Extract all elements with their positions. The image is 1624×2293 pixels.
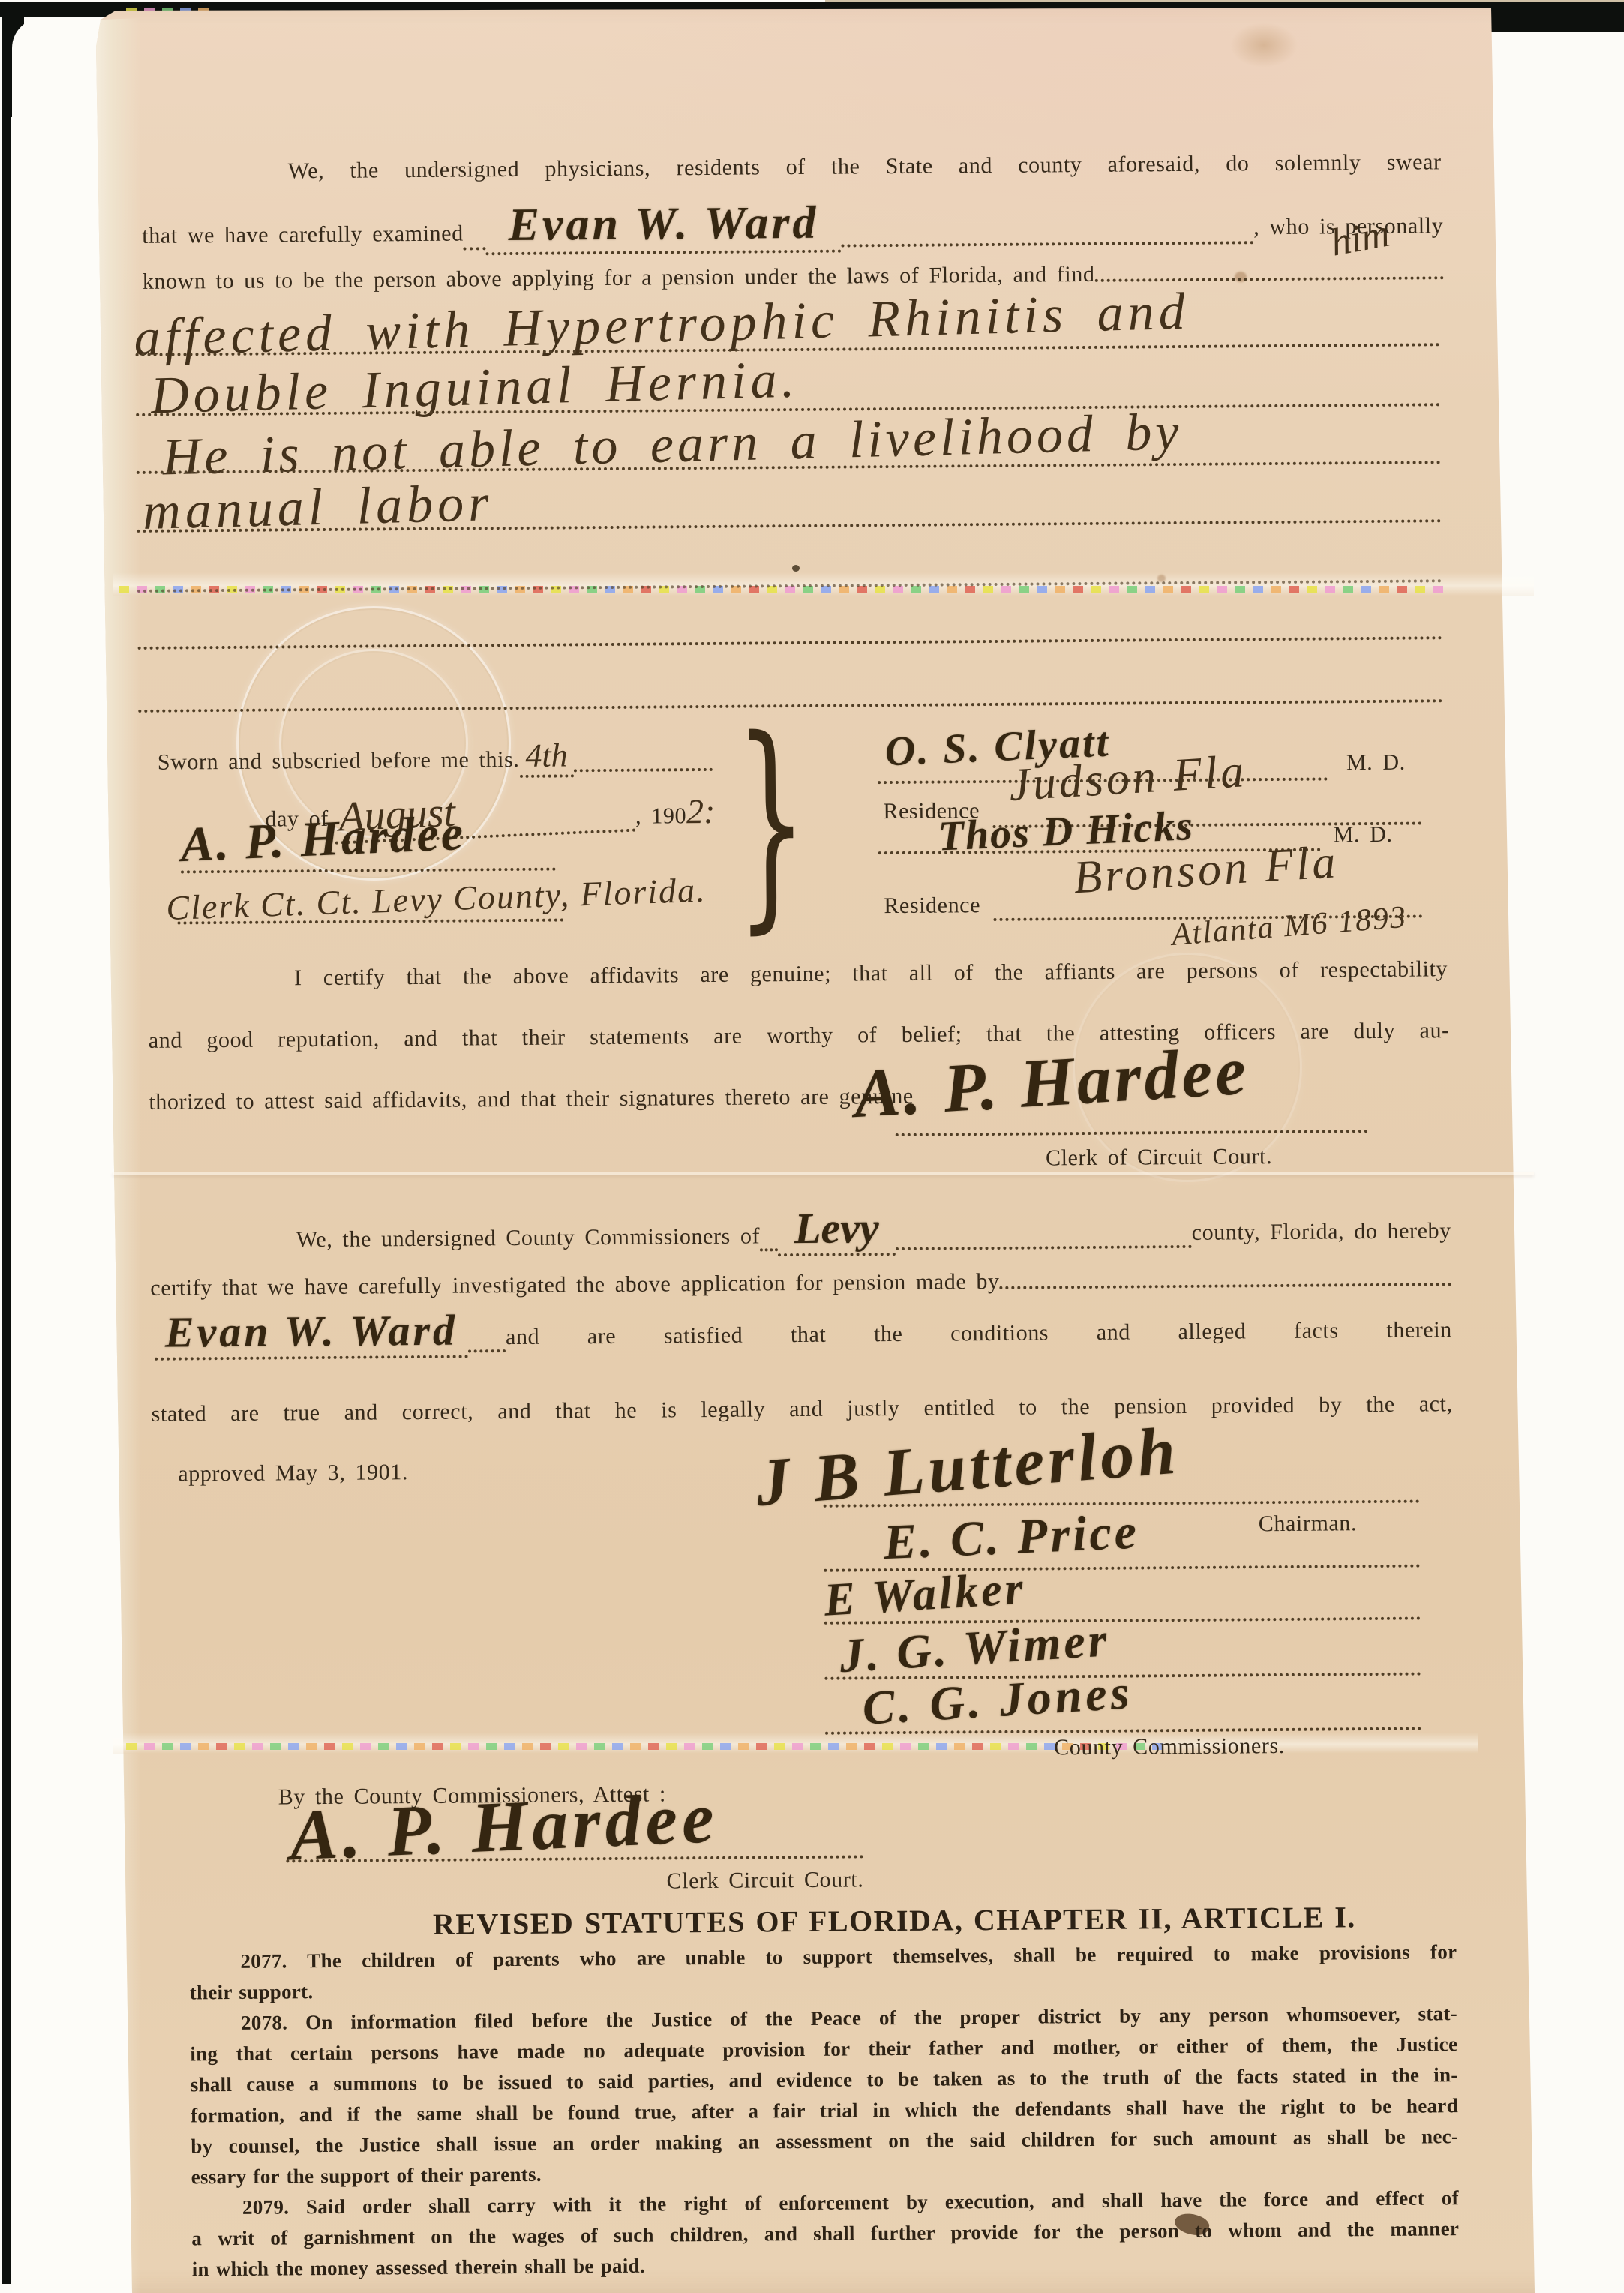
county-name-handwritten: Levy	[778, 1202, 896, 1256]
jurat-day-number: 4th	[519, 736, 574, 778]
scanned-pension-document: We, the undersigned physicians, resident…	[0, 0, 1624, 2293]
certification-line-2: and good reputation, and that their stat…	[149, 1018, 1450, 1054]
finding-him-handwritten: him	[1328, 212, 1393, 266]
commissioners-line-1-pre: We, the undersigned County Commissioners…	[296, 1223, 761, 1253]
dotted-leader	[760, 1248, 778, 1251]
affidavit-line-2: that we have carefully examined Evan W. …	[142, 191, 1444, 258]
applicant-name-handwritten: Evan W. Ward	[485, 197, 841, 256]
statute-2077-line-1: 2077. The children of parents who are un…	[189, 1940, 1457, 1973]
statute-2077-line-2: their support.	[190, 1980, 314, 2004]
dotted-leader	[842, 241, 1254, 247]
dotted-leader	[468, 1349, 506, 1352]
writing-rule-5	[137, 579, 1442, 593]
commissioners-line-1: We, the undersigned County Commissioners…	[296, 1198, 1452, 1260]
jurat-sworn-pre: Sworn and subscried before me this.	[158, 747, 520, 776]
commissioners-line-3: Evan W. Ward and are satisfied that the …	[155, 1297, 1453, 1361]
statute-2079-line-1: 2079. Said order shall carry with it the…	[191, 2186, 1459, 2219]
residence-note-handwritten: Atlanta M6 1893	[1170, 899, 1408, 953]
document-content: We, the undersigned physicians, resident…	[0, 0, 1624, 2293]
brace-glyph: }	[734, 717, 808, 928]
statute-2079-line-3: in which the money assessed therein shal…	[192, 2255, 646, 2282]
affidavit-line-2-pre: that we have carefully examined	[142, 221, 464, 249]
jurat-sworn-line: Sworn and subscried before me this. 4th	[158, 735, 713, 781]
attest-title: Clerk Circuit Court.	[666, 1867, 863, 1894]
dotted-leader	[1095, 276, 1444, 282]
dotted-leader	[1000, 1283, 1452, 1289]
dotted-leader	[574, 768, 713, 772]
commissioners-line-4: stated are true and correct, and that he…	[152, 1391, 1453, 1427]
commissioner-signature-2: E Walker	[823, 1562, 1028, 1628]
statute-2078-line-1: 2078. On information filed before the Ju…	[190, 2002, 1457, 2035]
jurat-clerk-signature: A. P. Hardee	[179, 805, 466, 874]
certification-signer-title: Clerk of Circuit Court.	[1046, 1144, 1272, 1171]
commissioners-line-3-post: and are satisfied that the conditions an…	[506, 1317, 1452, 1350]
affidavit-line-1: We, the undersigned physicians, resident…	[288, 149, 1442, 184]
commissioners-line-5: approved May 3, 1901.	[178, 1460, 408, 1487]
statute-2078-line-3: shall cause a summons to be issued to sa…	[191, 2063, 1458, 2096]
dotted-leader	[464, 247, 486, 250]
commissioners-line-2-text: certify that we have carefully investiga…	[150, 1269, 1000, 1301]
jurat-year-handwritten: 2:	[686, 791, 716, 831]
physician-degree-2: M. D.	[1334, 822, 1393, 848]
commissioners-line-2: certify that we have carefully investiga…	[150, 1265, 1451, 1301]
certification-signature-rule	[896, 1130, 1368, 1136]
affidavit-line-3: known to us to be the person above apply…	[143, 259, 1444, 295]
certification-line-1: I certify that the above affidavits are …	[294, 956, 1448, 991]
statute-2078-line-5: by counsel, the Justice shall issue an o…	[191, 2125, 1458, 2158]
chairman-label: Chairman.	[1259, 1511, 1357, 1537]
statute-2078-line-6: essary for the support of their parents.	[191, 2163, 542, 2189]
statutes-title: REVISED STATUTES OF FLORIDA, CHAPTER II,…	[433, 1899, 1333, 1941]
statute-2079-line-2: a writ of garnishment on the wages of su…	[191, 2217, 1459, 2250]
statute-2078-line-4: formation, and if the same shall be foun…	[191, 2094, 1458, 2127]
applicant-name-handwritten-2: Evan W. Ward	[155, 1304, 469, 1360]
jurat-year-print: , 190	[635, 803, 686, 830]
dotted-leader	[896, 1245, 1192, 1250]
commissioners-line-1-post: county, Florida, do hereby	[1192, 1218, 1451, 1246]
physician-degree-1: M. D.	[1346, 750, 1406, 776]
county-commissioners-label: County Commissioners.	[1054, 1733, 1285, 1760]
commissioner-signature-1: E. C. Price	[883, 1504, 1141, 1572]
residence-label-2: Residence	[884, 893, 980, 919]
writing-rule-6	[138, 636, 1443, 650]
certification-line-3: thorized to attest said affidavits, and …	[149, 1084, 914, 1115]
statute-2078-line-2: ing that certain persons have made no ad…	[190, 2033, 1457, 2066]
